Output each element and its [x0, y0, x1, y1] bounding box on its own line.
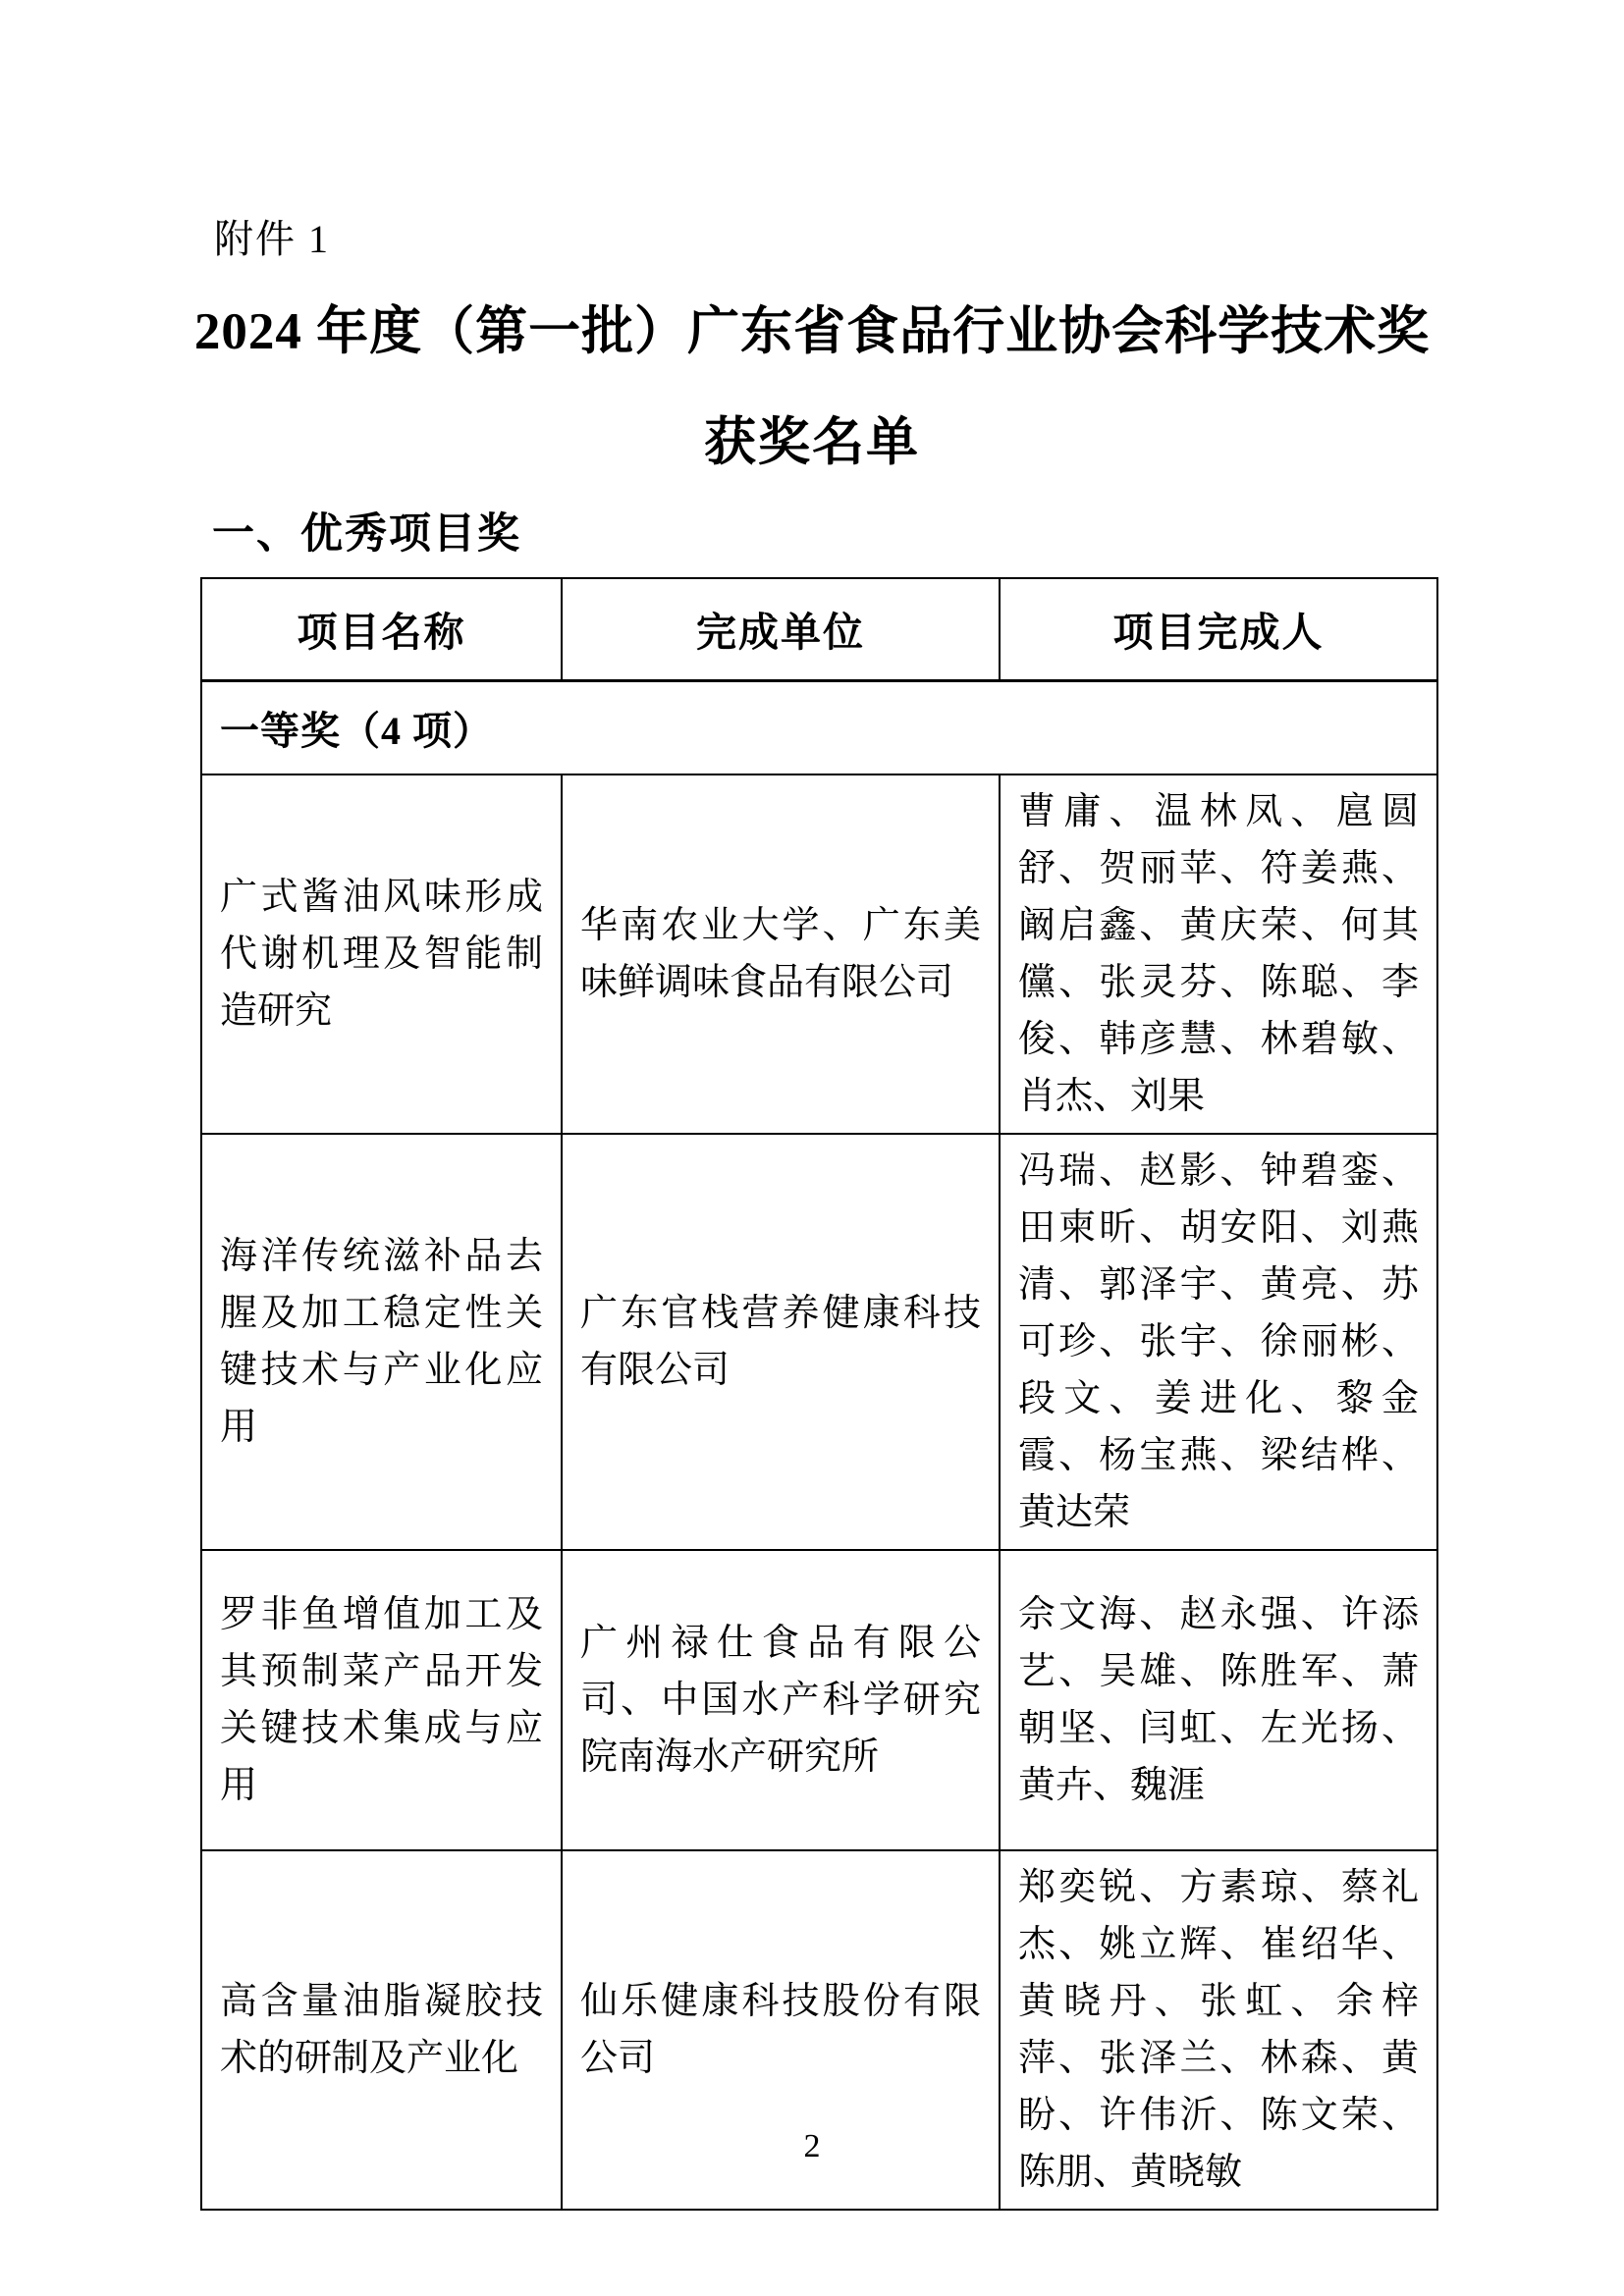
table-row: 罗非鱼增值加工及其预制菜产品开发关键技术集成与应用 广州禄仕食品有限公司、中国水… [201, 1550, 1437, 1850]
table-row: 广式酱油风味形成代谢机理及智能制造研究 华南农业大学、广东美味鲜调味食品有限公司… [201, 774, 1437, 1134]
document-title-line2: 获奖名单 [0, 400, 1624, 475]
organization-cell: 广州禄仕食品有限公司、中国水产科学研究院南海水产研究所 [562, 1550, 1000, 1850]
project-name-cell: 广式酱油风味形成代谢机理及智能制造研究 [201, 774, 562, 1134]
column-header-organization: 完成单位 [562, 578, 1000, 680]
project-name-cell: 罗非鱼增值加工及其预制菜产品开发关键技术集成与应用 [201, 1550, 562, 1850]
people-cell: 佘文海、赵永强、许添艺、吴雄、陈胜军、萧朝坚、闫虹、左光扬、黄卉、魏涯 [1000, 1550, 1437, 1850]
document-title-line1: 2024 年度（第一批）广东省食品行业协会科学技术奖 [0, 290, 1624, 364]
people-cell: 冯瑞、赵影、钟碧銮、田柬昕、胡安阳、刘燕清、郭泽宇、黄亮、苏可珍、张宇、徐丽彬、… [1000, 1134, 1437, 1550]
project-name-cell: 海洋传统滋补品去腥及加工稳定性关键技术与产业化应用 [201, 1134, 562, 1550]
table-header-row: 项目名称 完成单位 项目完成人 [201, 578, 1437, 680]
award-group-row: 一等奖（4 项） [201, 680, 1437, 774]
people-cell: 曹庸、温林凤、扈圆舒、贺丽苹、符姜燕、阚启鑫、黄庆荣、何其儻、张灵芬、陈聪、李俊… [1000, 774, 1437, 1134]
document-page: { "page": { "attachment_label": "附件 1", … [0, 0, 1624, 2296]
column-header-people: 项目完成人 [1000, 578, 1437, 680]
page-number: 2 [0, 2128, 1624, 2165]
table-row: 海洋传统滋补品去腥及加工稳定性关键技术与产业化应用 广东官栈营养健康科技有限公司… [201, 1134, 1437, 1550]
section-heading: 一、优秀项目奖 [212, 501, 521, 561]
column-header-project: 项目名称 [201, 578, 562, 680]
award-group-label: 一等奖（4 项） [201, 680, 1437, 774]
attachment-label: 附件 1 [214, 208, 330, 264]
awards-table: 项目名称 完成单位 项目完成人 一等奖（4 项） 广式酱油风味形成代谢机理及智能… [200, 577, 1438, 2211]
organization-cell: 华南农业大学、广东美味鲜调味食品有限公司 [562, 774, 1000, 1134]
organization-cell: 广东官栈营养健康科技有限公司 [562, 1134, 1000, 1550]
